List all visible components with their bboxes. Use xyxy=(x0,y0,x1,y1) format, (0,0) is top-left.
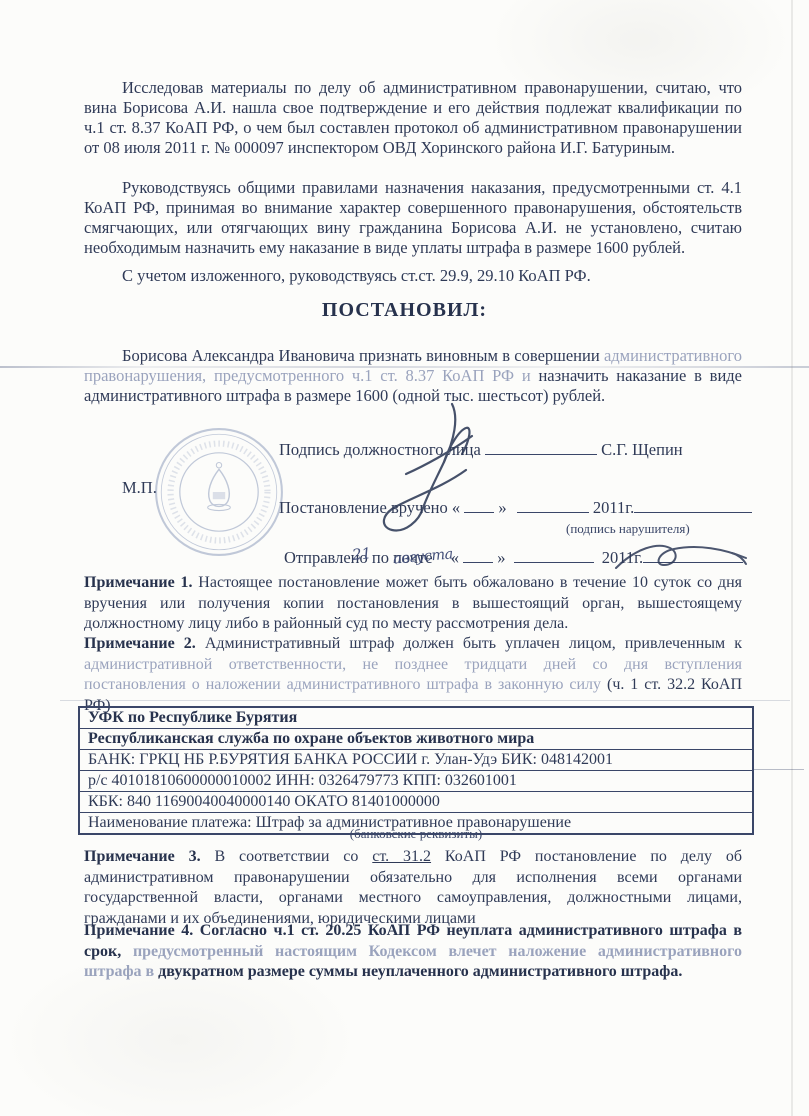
table-row: УФК по Республике Бурятия xyxy=(79,707,753,729)
handed-label: Постановление вручено xyxy=(279,498,448,517)
mailed-month-blank xyxy=(514,548,594,563)
mailed-day-blank xyxy=(463,548,493,563)
quote-close: » xyxy=(498,498,506,517)
handed-signature-blank xyxy=(634,498,752,513)
note-2-text-part1: Административный штраф должен быть уплач… xyxy=(196,635,742,652)
bank-row-bank: БАНК: ГРКЦ НБ Р.БУРЯТИЯ БАНКА РОССИИ г. … xyxy=(79,750,753,771)
note-1: Примечание 1. Настоящее постановление мо… xyxy=(84,573,742,635)
bank-row-ufk: УФК по Республике Бурятия xyxy=(79,707,753,729)
handwritten-day: 21 xyxy=(351,544,372,564)
round-stamp xyxy=(153,424,285,560)
paragraph-legal-basis: С учетом изложенного, руководствуясь ст.… xyxy=(84,266,742,286)
paragraph-penalty-reasoning: Руководствуясь общими правилами назначен… xyxy=(84,178,742,258)
handed-year: 2011г. xyxy=(593,498,634,517)
note-2: Примечание 2. Административный штраф дол… xyxy=(84,634,742,716)
bank-row-kbk: КБК: 840 11690040040000140 ОКАТО 8140100… xyxy=(79,792,753,813)
official-handwritten-signature xyxy=(372,398,504,540)
page-title: ПОСТАНОВИЛ: xyxy=(0,299,809,322)
note-3-text-pre: В соответствии со xyxy=(201,848,373,865)
note-4: Примечание 4. Согласно ч.1 ст. 20.25 КоА… xyxy=(84,921,742,983)
note-1-label: Примечание 1. xyxy=(84,574,193,591)
fold-crease-line xyxy=(0,366,809,368)
note-3: Примечание 3. В соответствии со ст. 31.2… xyxy=(84,847,742,929)
signature-stroke-icon xyxy=(372,398,504,540)
stamp-seal-icon xyxy=(153,424,285,560)
mailed-handwritten-signature xyxy=(612,540,750,576)
quote-open: « xyxy=(452,498,460,517)
bank-row-account: р/с 40101810600000010002 ИНН: 0326479773… xyxy=(79,771,753,792)
table-row: БАНК: ГРКЦ НБ Р.БУРЯТИЯ БАНКА РОССИИ г. … xyxy=(79,750,753,771)
scan-line-artifact xyxy=(60,700,790,701)
scan-line-artifact-2 xyxy=(754,769,804,770)
table-row: р/с 40101810600000010002 ИНН: 0326479773… xyxy=(79,771,753,792)
bank-row-service: Республиканская служба по охране объекто… xyxy=(79,729,753,750)
signature-flourish-icon xyxy=(612,540,750,576)
violator-signature-caption: (подпись нарушителя) xyxy=(566,521,690,537)
handed-line: Постановление вручено « » 2011г. xyxy=(279,498,752,518)
table-row: Республиканская служба по охране объекто… xyxy=(79,729,753,750)
note-4-label: Примечание 4. xyxy=(84,922,193,939)
stamp-place-label: М.П. xyxy=(122,478,157,498)
paragraph-decision: Борисова Александра Ивановича признать в… xyxy=(84,346,742,406)
note-4-text-part3: двукратном размере суммы неуплаченного а… xyxy=(158,963,682,980)
table-row: КБК: 840 11690040040000140 ОКАТО 8140100… xyxy=(79,792,753,813)
paragraph-case-review: Исследовав материалы по делу об админист… xyxy=(84,78,742,158)
note-2-label: Примечание 2. xyxy=(84,635,196,652)
quote-close-2: » xyxy=(497,548,505,567)
handed-day-blank xyxy=(464,498,494,513)
note-3-article-ref: ст. 31.2 xyxy=(372,848,431,865)
scanned-document-page: Исследовав материалы по делу об админист… xyxy=(0,0,809,1116)
handed-month-blank xyxy=(517,498,589,513)
bank-table-caption: (банковские реквизиты) xyxy=(78,826,754,842)
scan-edge-artifact xyxy=(791,0,793,1116)
bank-details-table: УФК по Республике Бурятия Республиканска… xyxy=(78,706,754,835)
note-3-label: Примечание 3. xyxy=(84,848,201,865)
decision-text-part1: Борисова Александра Ивановича признать в… xyxy=(122,346,604,365)
official-name: С.Г. Щепин xyxy=(601,440,683,459)
